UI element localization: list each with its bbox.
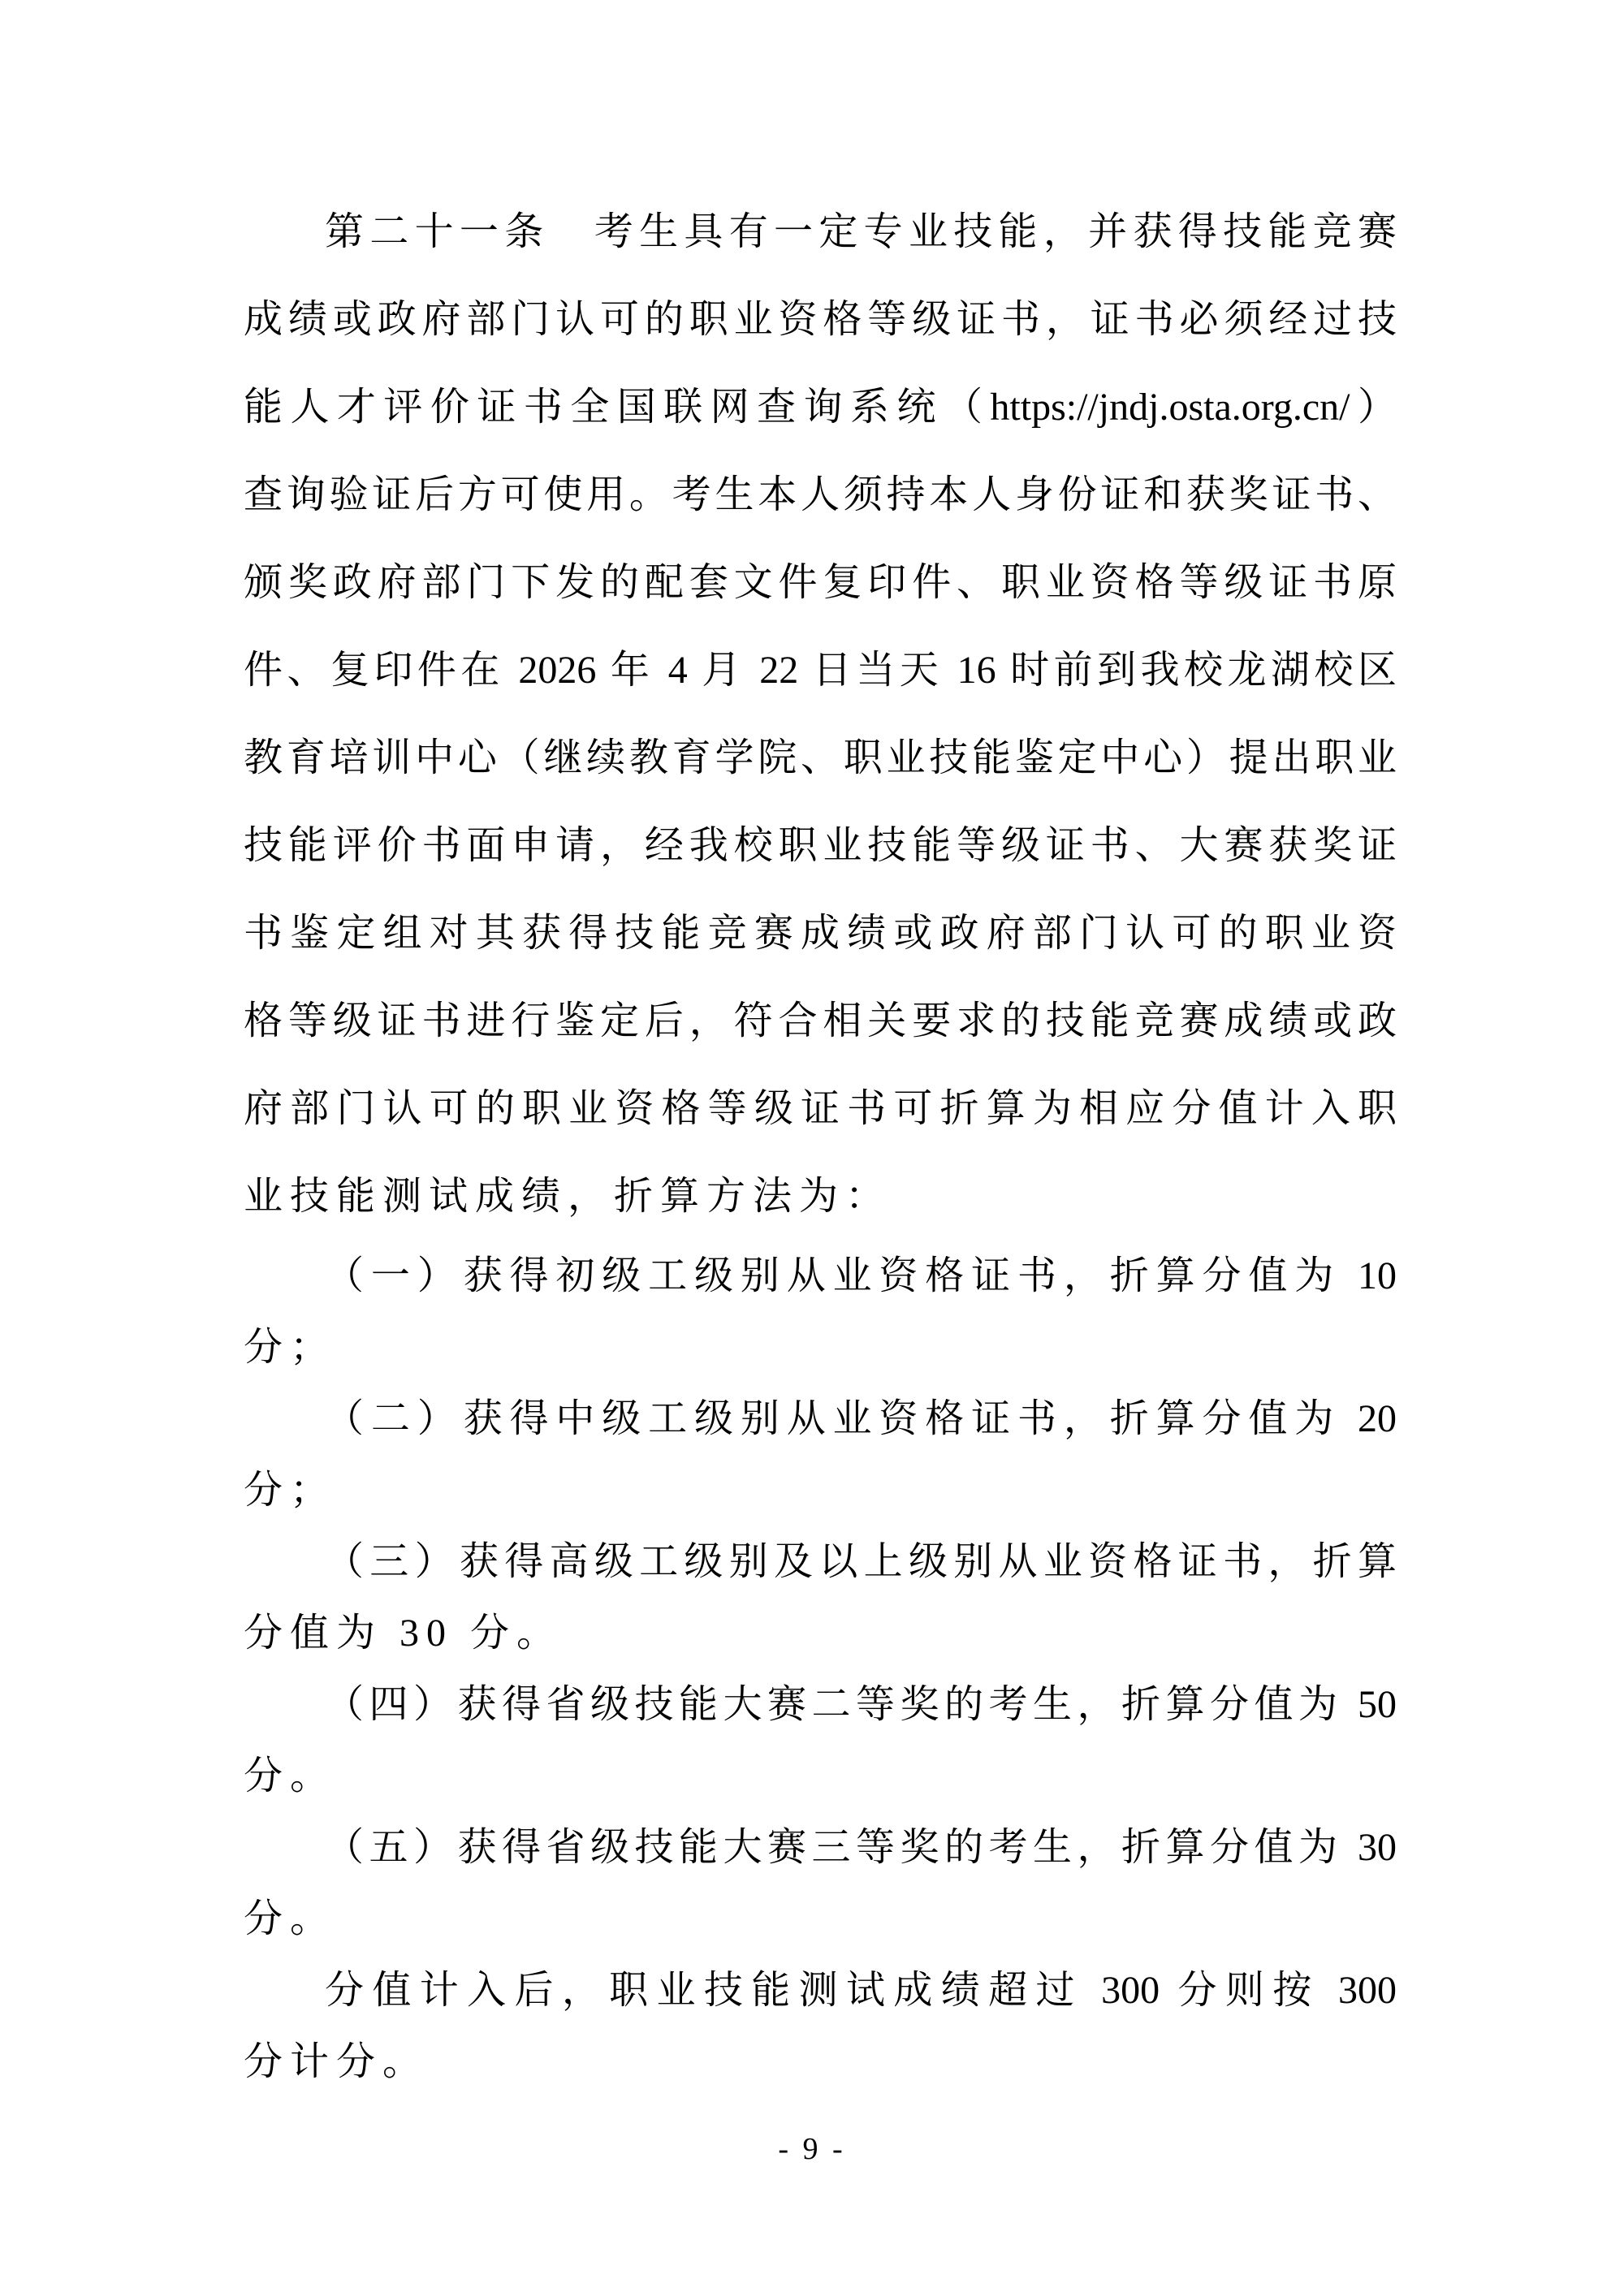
text-line: 教育培训中心（继续教育学院、职业技能鉴定中心）提出职业 [244,714,1397,802]
text-line: 业技能测试成绩，折算方法为： [244,1153,1397,1241]
text-line: 技能评价书面申请，经我校职业技能等级证书、大赛获奖证 [244,802,1397,890]
text-line: 分计分。 [244,2026,1397,2098]
document-page: 第二十一条 考生具有一定专业技能，并获得技能竞赛成绩或政府部门认可的职业资格等级… [0,0,1624,2296]
text-line: （二）获得中级工级别从业资格证书，折算分值为 20 [244,1383,1397,1455]
text-line: （一）获得初级工级别从业资格证书，折算分值为 10 [244,1241,1397,1312]
text-line: 第二十一条 考生具有一定专业技能，并获得技能竞赛 [244,188,1397,276]
opening-paragraph-article-21: 第二十一条 考生具有一定专业技能，并获得技能竞赛成绩或政府部门认可的职业资格等级… [244,188,1397,1241]
page-number: - 9 - [0,2129,1624,2169]
text-line: 分。 [244,1741,1397,1812]
text-line: （五）获得省级技能大赛三等奖的考生，折算分值为 30 [244,1812,1397,1884]
score-conversion-items: （一）获得初级工级别从业资格证书，折算分值为 10分；（二）获得中级工级别从业资… [244,1241,1397,2098]
text-line: （三）获得高级工级别及以上级别从业资格证书，折算 [244,1526,1397,1598]
text-line: 府部门认可的职业资格等级证书可折算为相应分值计入职 [244,1065,1397,1153]
text-line: 格等级证书进行鉴定后，符合相关要求的技能竞赛成绩或政 [244,978,1397,1065]
article-body: 第二十一条 考生具有一定专业技能，并获得技能竞赛成绩或政府部门认可的职业资格等级… [244,188,1397,2098]
text-line: 分； [244,1312,1397,1383]
text-line: 件、复印件在 2026 年 4 月 22 日当天 16 时前到我校龙湖校区 [244,627,1397,714]
text-line: （四）获得省级技能大赛二等奖的考生，折算分值为 50 [244,1669,1397,1741]
text-line: 书鉴定组对其获得技能竞赛成绩或政府部门认可的职业资 [244,890,1397,978]
text-line: 分值为 30 分。 [244,1598,1397,1669]
text-line: 分值计入后，职业技能测试成绩超过 300 分则按 300 [244,1955,1397,2026]
text-line: 查询验证后方可使用。考生本人须持本人身份证和获奖证书、 [244,451,1397,539]
text-line: 分； [244,1455,1397,1526]
text-line: 颁奖政府部门下发的配套文件复印件、职业资格等级证书原 [244,539,1397,627]
text-line: 能人才评价证书全国联网查询系统（https://jndj.osta.org.cn… [244,364,1397,451]
text-line: 分。 [244,1884,1397,1955]
text-line: 成绩或政府部门认可的职业资格等级证书，证书必须经过技 [244,276,1397,364]
